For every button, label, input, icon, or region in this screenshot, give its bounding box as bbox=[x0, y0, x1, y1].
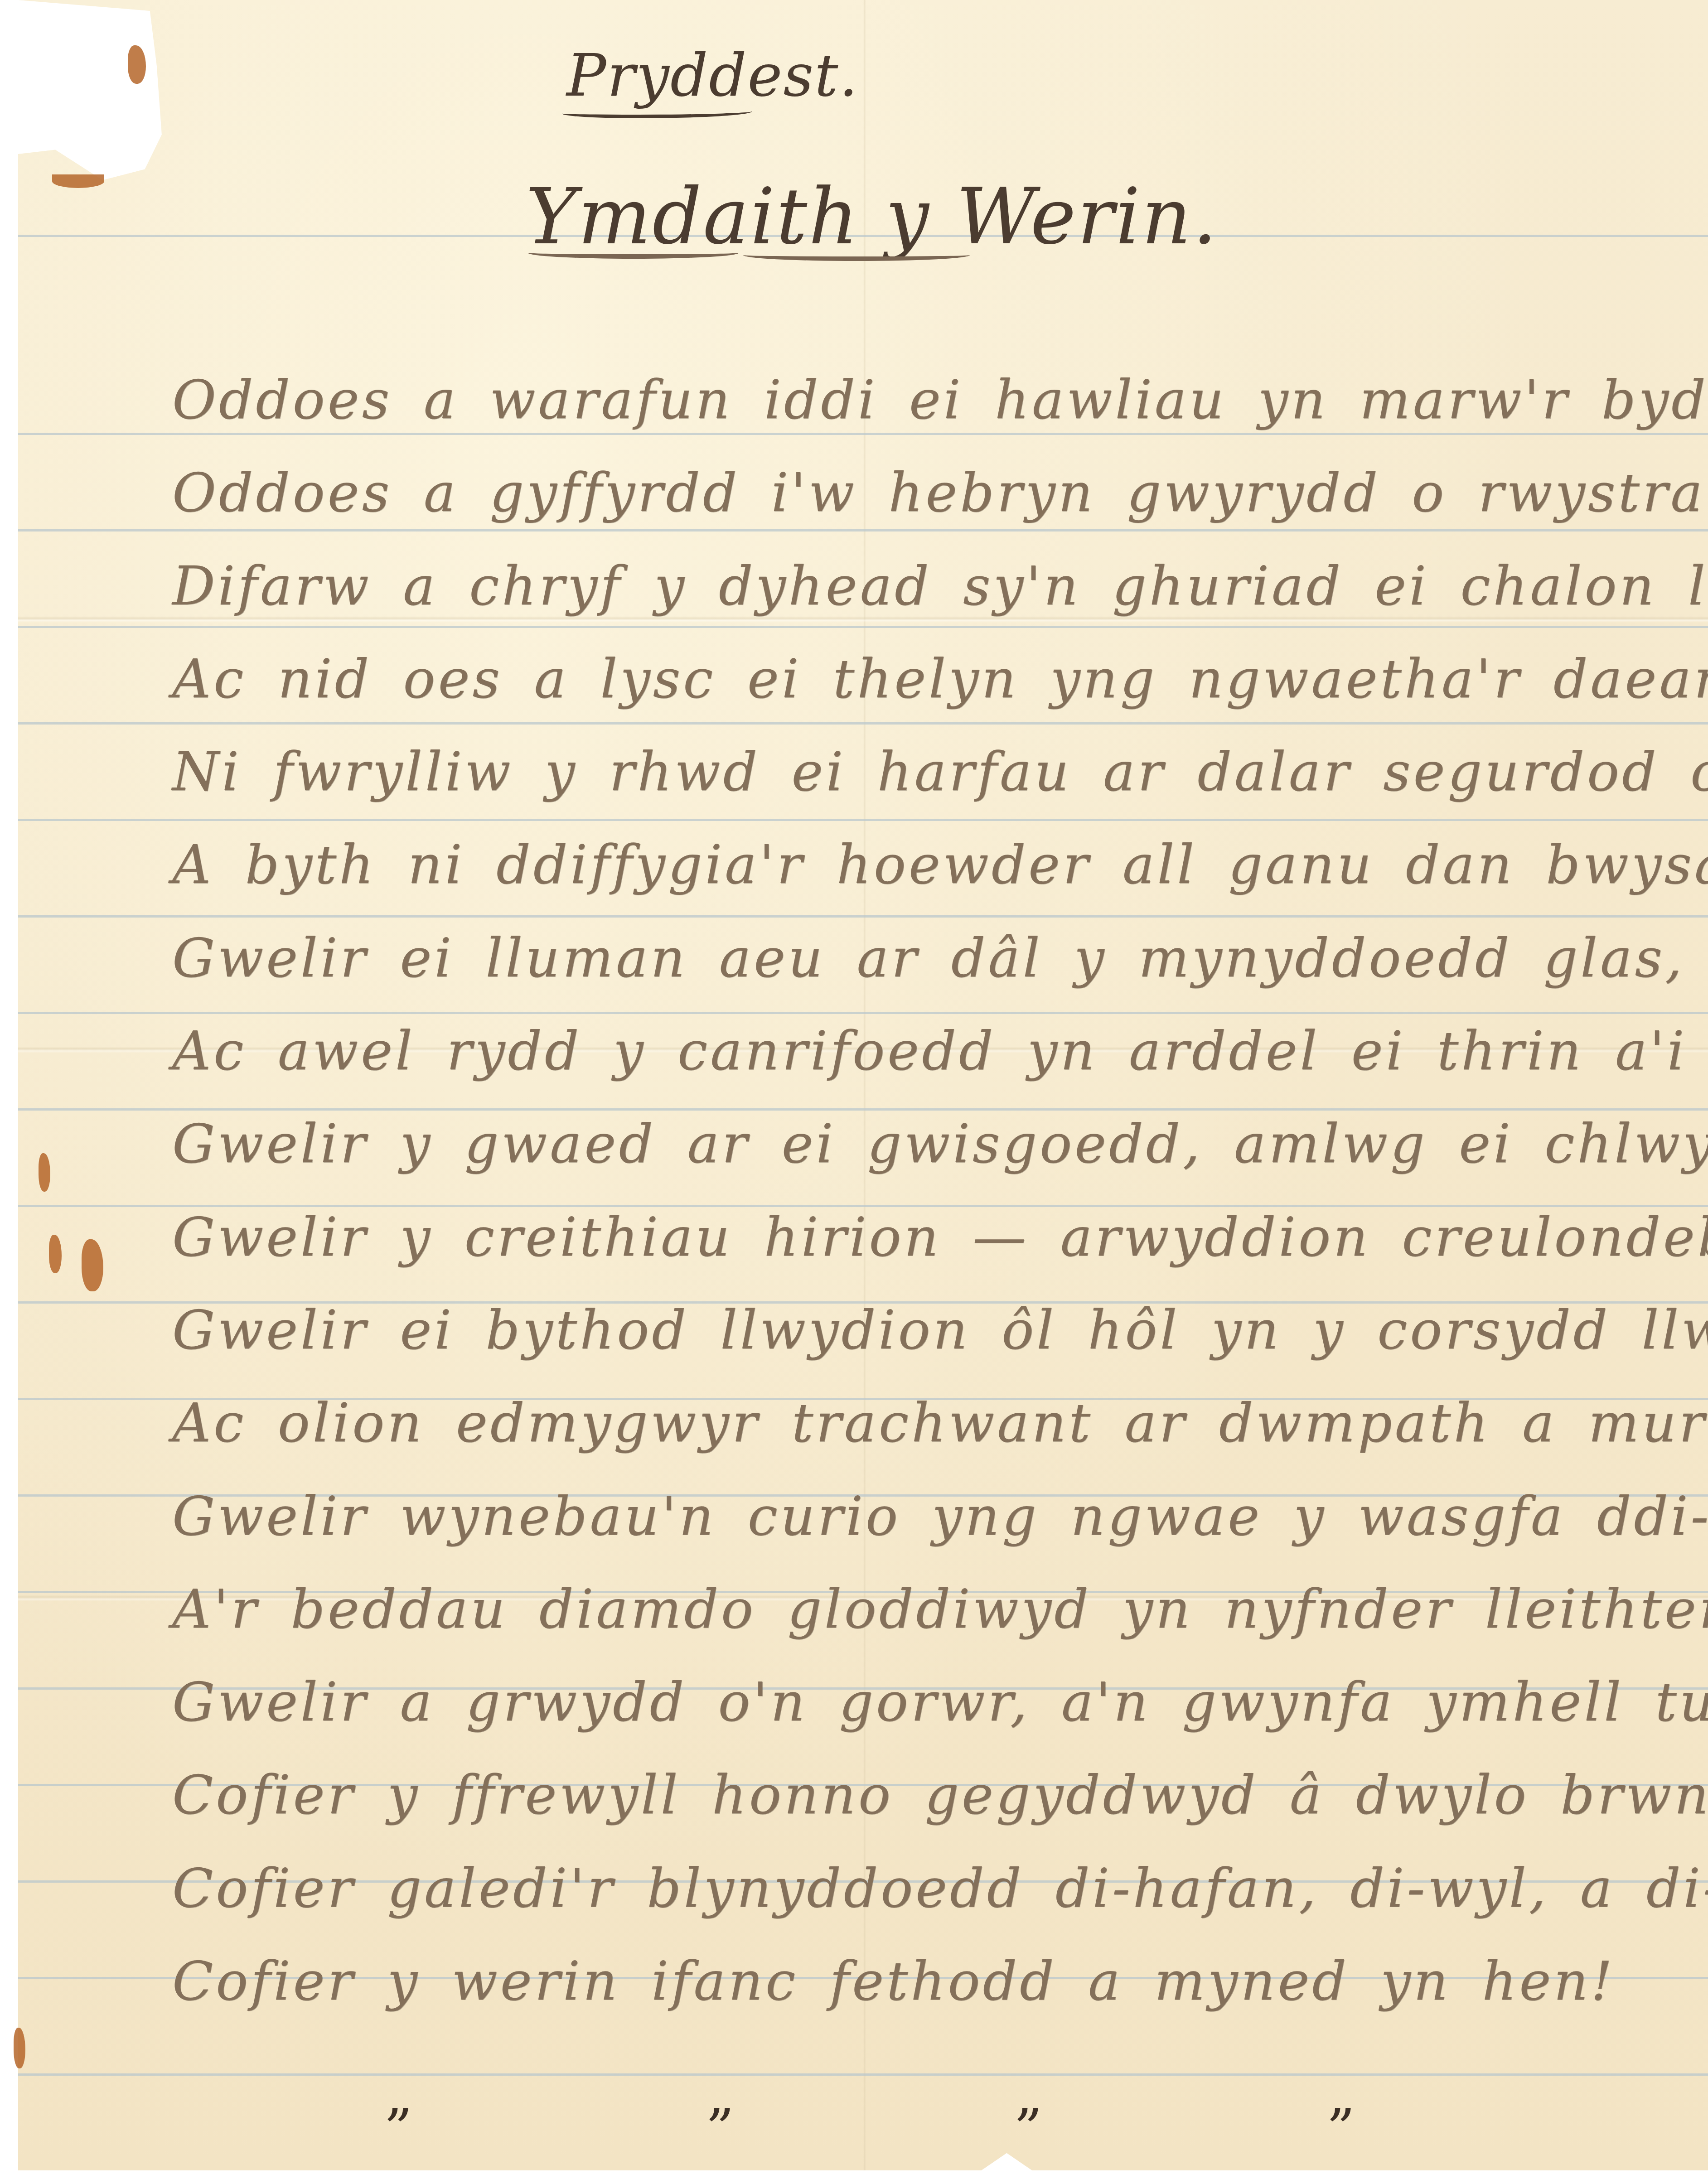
ditto-mark: „ bbox=[1015, 2064, 1043, 2127]
verse-line: Ac awel rydd y canrifoedd yn arddel ei t… bbox=[172, 1005, 1704, 1097]
verse-line: Gwelir ei lluman aeu ar dâl y mynyddoedd… bbox=[172, 912, 1704, 1005]
ditto-mark: „ bbox=[1328, 2064, 1356, 2127]
verse-line: Gwelir y gwaed ar ei gwisgoedd, amlwg ei… bbox=[172, 1097, 1704, 1190]
verse-line: Ni fwrylliw y rhwd ei harfau ar dalar se… bbox=[172, 725, 1704, 818]
verse-line: Cofier y werin ifanc fethodd a myned yn … bbox=[172, 1935, 1704, 2028]
rust-stain bbox=[52, 174, 104, 188]
verse-line: Cofier galedi'r blynyddoedd di-hafan, di… bbox=[172, 1842, 1704, 1935]
poem-verse: Oddoes a warafun iddi ei hawliau yn marw… bbox=[172, 353, 1704, 2028]
verse-line: Ac olion edmygwyr trachwant ar dwmpath a… bbox=[172, 1377, 1704, 1469]
verse-line: Gwelir y creithiau hirion — arwyddion cr… bbox=[172, 1191, 1704, 1284]
verse-line: Oddoes a warafun iddi ei hawliau yn marw… bbox=[172, 353, 1704, 446]
verse-line: Difarw a chryf y dyhead sy'n ghuriad ei … bbox=[172, 540, 1704, 633]
verse-line: Oddoes a gyffyrdd i'w hebryn gwyrydd o r… bbox=[172, 446, 1704, 539]
verse-line: Cofier y ffrewyll honno gegyddwyd â dwyl… bbox=[172, 1749, 1704, 1841]
verse-line: Gwelir ei bythod llwydion ôl hôl yn y co… bbox=[172, 1284, 1704, 1377]
ruled-line bbox=[18, 2073, 1708, 2076]
rust-stain bbox=[128, 45, 146, 84]
verse-line: Ac nid oes a lysc ei thelyn yng ngwaetha… bbox=[172, 633, 1704, 725]
verse-line: A'r beddau diamdo gloddiwyd yn nyfnder l… bbox=[172, 1563, 1704, 1656]
ditto-mark: „ bbox=[385, 2064, 413, 2127]
verse-line: Gwelir wynebau'n curio yng ngwae y wasgf… bbox=[172, 1470, 1704, 1563]
verse-line: A byth ni ddiffygia'r hoewder all ganu d… bbox=[172, 818, 1704, 911]
title-underline bbox=[528, 247, 739, 259]
ditto-mark: „ bbox=[707, 2064, 735, 2127]
poem-form-label: Pryddest. bbox=[566, 41, 859, 110]
title-underline bbox=[743, 249, 970, 261]
verse-line: Gwelir a grwydd o'n gorwr, a'n gwynfa ym… bbox=[172, 1656, 1704, 1749]
